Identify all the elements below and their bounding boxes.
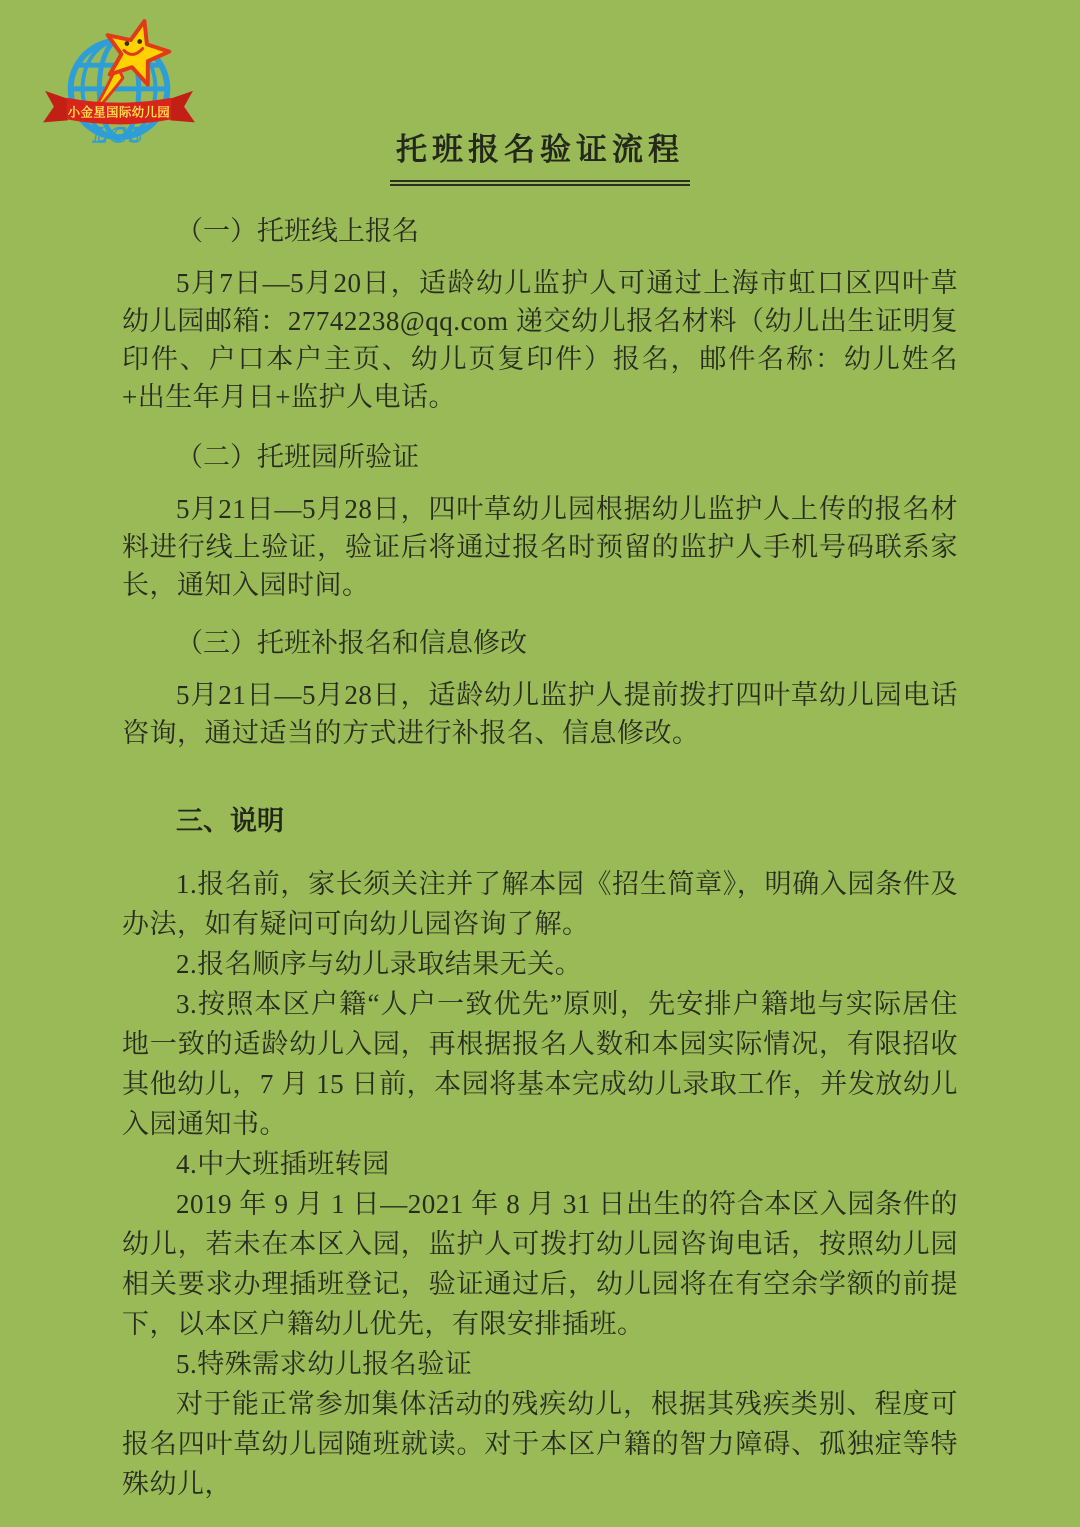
title-row: 托班报名验证流程 bbox=[122, 126, 958, 186]
note-item-5-heading: 5.特殊需求幼儿报名验证 bbox=[122, 1344, 958, 1384]
section-heading-2: （二）托班园所验证 bbox=[122, 438, 958, 476]
section-body-1: 5月7日—5月20日，适龄幼儿监护人可通过上海市虹口区四叶草幼儿园邮箱：2774… bbox=[122, 264, 958, 416]
ribbon-banner: 小金星国际幼儿园 bbox=[43, 91, 195, 125]
note-item-5-body: 对于能正常参加集体活动的残疾幼儿，根据其残疾类别、程度可报名四叶草幼儿园随班就读… bbox=[122, 1384, 958, 1504]
document-body: 托班报名验证流程 （一）托班线上报名 5月7日—5月20日，适龄幼儿监护人可通过… bbox=[0, 0, 1080, 1504]
section-body-3: 5月21日—5月28日，适龄幼儿监护人提前拨打四叶草幼儿园电话咨询，通过适当的方… bbox=[122, 676, 958, 752]
note-item-4-body: 2019 年 9 月 1 日—2021 年 8 月 31 日出生的符合本区入园条… bbox=[122, 1184, 958, 1344]
section-heading-3: （三）托班补报名和信息修改 bbox=[122, 624, 958, 662]
page-title: 托班报名验证流程 bbox=[390, 126, 690, 186]
notes-heading: 三、说明 bbox=[122, 802, 958, 840]
note-item-3: 3.按照本区户籍“人户一致优先”原则，先安排户籍地与实际居住地一致的适龄幼儿入园… bbox=[122, 984, 958, 1144]
school-logo-icon: 小金星国际幼儿园 LGS bbox=[40, 10, 198, 150]
note-item-4-heading: 4.中大班插班转园 bbox=[122, 1144, 958, 1184]
school-logo: 小金星国际幼儿园 LGS bbox=[40, 10, 198, 150]
section-heading-1: （一）托班线上报名 bbox=[122, 212, 958, 250]
page-background: { "page": { "background_color": "#9ab957… bbox=[0, 0, 1080, 1527]
section-body-2: 5月21日—5月28日，四叶草幼儿园根据幼儿监护人上传的报名材料进行线上验证，验… bbox=[122, 490, 958, 604]
note-item-1: 1.报名前，家长须关注并了解本园《招生简章》，明确入园条件及办法，如有疑问可向幼… bbox=[122, 864, 958, 944]
logo-monogram: LGS bbox=[92, 122, 145, 147]
ribbon-text: 小金星国际幼儿园 bbox=[68, 104, 170, 119]
note-item-2: 2.报名顺序与幼儿录取结果无关。 bbox=[122, 944, 958, 984]
